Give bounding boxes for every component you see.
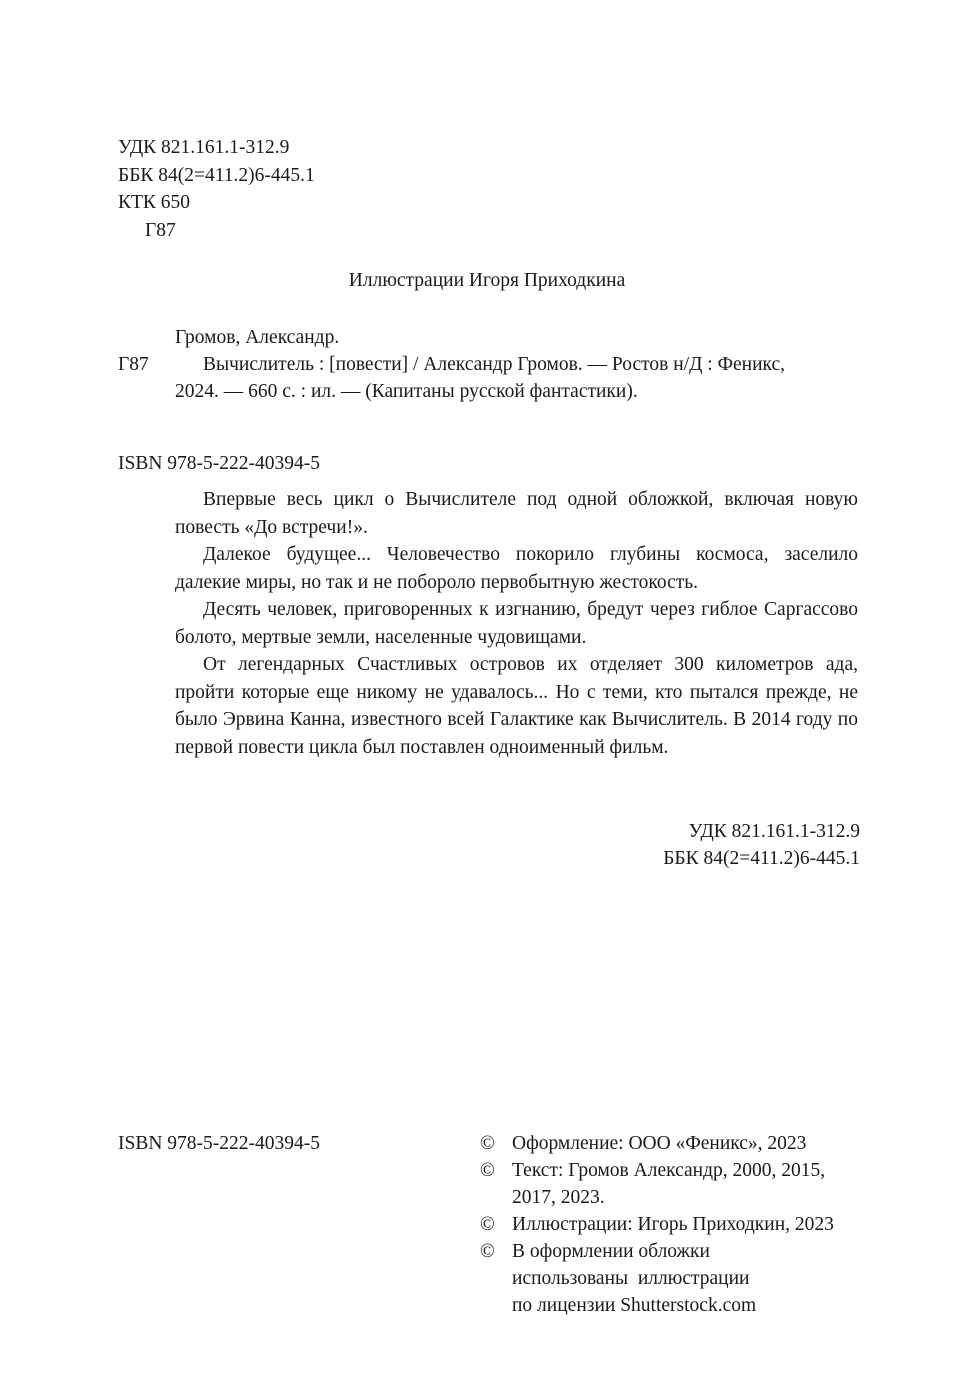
copyright-line: ©В оформлении обложки: [480, 1238, 834, 1265]
bbk-code-bottom: ББК 84(2=411.2)6-445.1: [663, 845, 860, 872]
copyright-icon: ©: [480, 1130, 512, 1157]
annotation: Впервые весь цикл о Вычислителе под одно…: [175, 486, 858, 761]
copyright-block: ©Оформление: ООО «Феникс», 2023 ©Текст: …: [480, 1130, 834, 1319]
bib-line-1: Вычислитель : [повести] / Александр Гром…: [175, 351, 887, 378]
copyright-line: 2017, 2023.: [480, 1184, 834, 1211]
annotation-paragraph: От легендарных Счастливых островов их от…: [175, 651, 858, 761]
copyright-icon: ©: [480, 1238, 512, 1265]
bib-line-2: 2024. — 660 с. : ил. — (Капитаны русской…: [175, 378, 887, 405]
copyright-line: ©Иллюстрации: Игорь Приходкин, 2023: [480, 1211, 834, 1238]
classification-codes-bottom: УДК 821.161.1-312.9 ББК 84(2=411.2)6-445…: [663, 818, 860, 872]
annotation-paragraph: Впервые весь цикл о Вычислителе под одно…: [175, 486, 858, 541]
udk-code: УДК 821.161.1-312.9: [118, 134, 315, 162]
annotation-paragraph: Десять человек, приговоренных к изгнанию…: [175, 596, 858, 651]
udk-code-bottom: УДК 821.161.1-312.9: [663, 818, 860, 845]
bbk-code: ББК 84(2=411.2)6-445.1: [118, 162, 315, 190]
author-heading: Громов, Александр.: [175, 324, 339, 351]
isbn-bottom: ISBN 978-5-222-40394-5: [118, 1130, 320, 1157]
bibliographic-description: Вычислитель : [повести] / Александр Гром…: [175, 351, 887, 405]
copyright-icon: ©: [480, 1211, 512, 1238]
copyright-line: по лицензии Shutterstock.com: [480, 1292, 834, 1319]
isbn-top: ISBN 978-5-222-40394-5: [118, 450, 320, 477]
author-mark: Г87: [118, 217, 315, 245]
classification-codes: УДК 821.161.1-312.9 ББК 84(2=411.2)6-445…: [118, 134, 315, 244]
ktk-code: КТК 650: [118, 189, 315, 217]
bib-author-mark: Г87: [118, 351, 149, 378]
copyright-icon: ©: [480, 1157, 512, 1184]
annotation-paragraph: Далекое будущее... Человечество покорило…: [175, 541, 858, 596]
copyright-line: ©Текст: Громов Александр, 2000, 2015,: [480, 1157, 834, 1184]
copyright-line: ©Оформление: ООО «Феникс», 2023: [480, 1130, 834, 1157]
illustrator-credit: Иллюстрации Игоря Приходкина: [0, 270, 974, 292]
copyright-line: использованы иллюстрации: [480, 1265, 834, 1292]
